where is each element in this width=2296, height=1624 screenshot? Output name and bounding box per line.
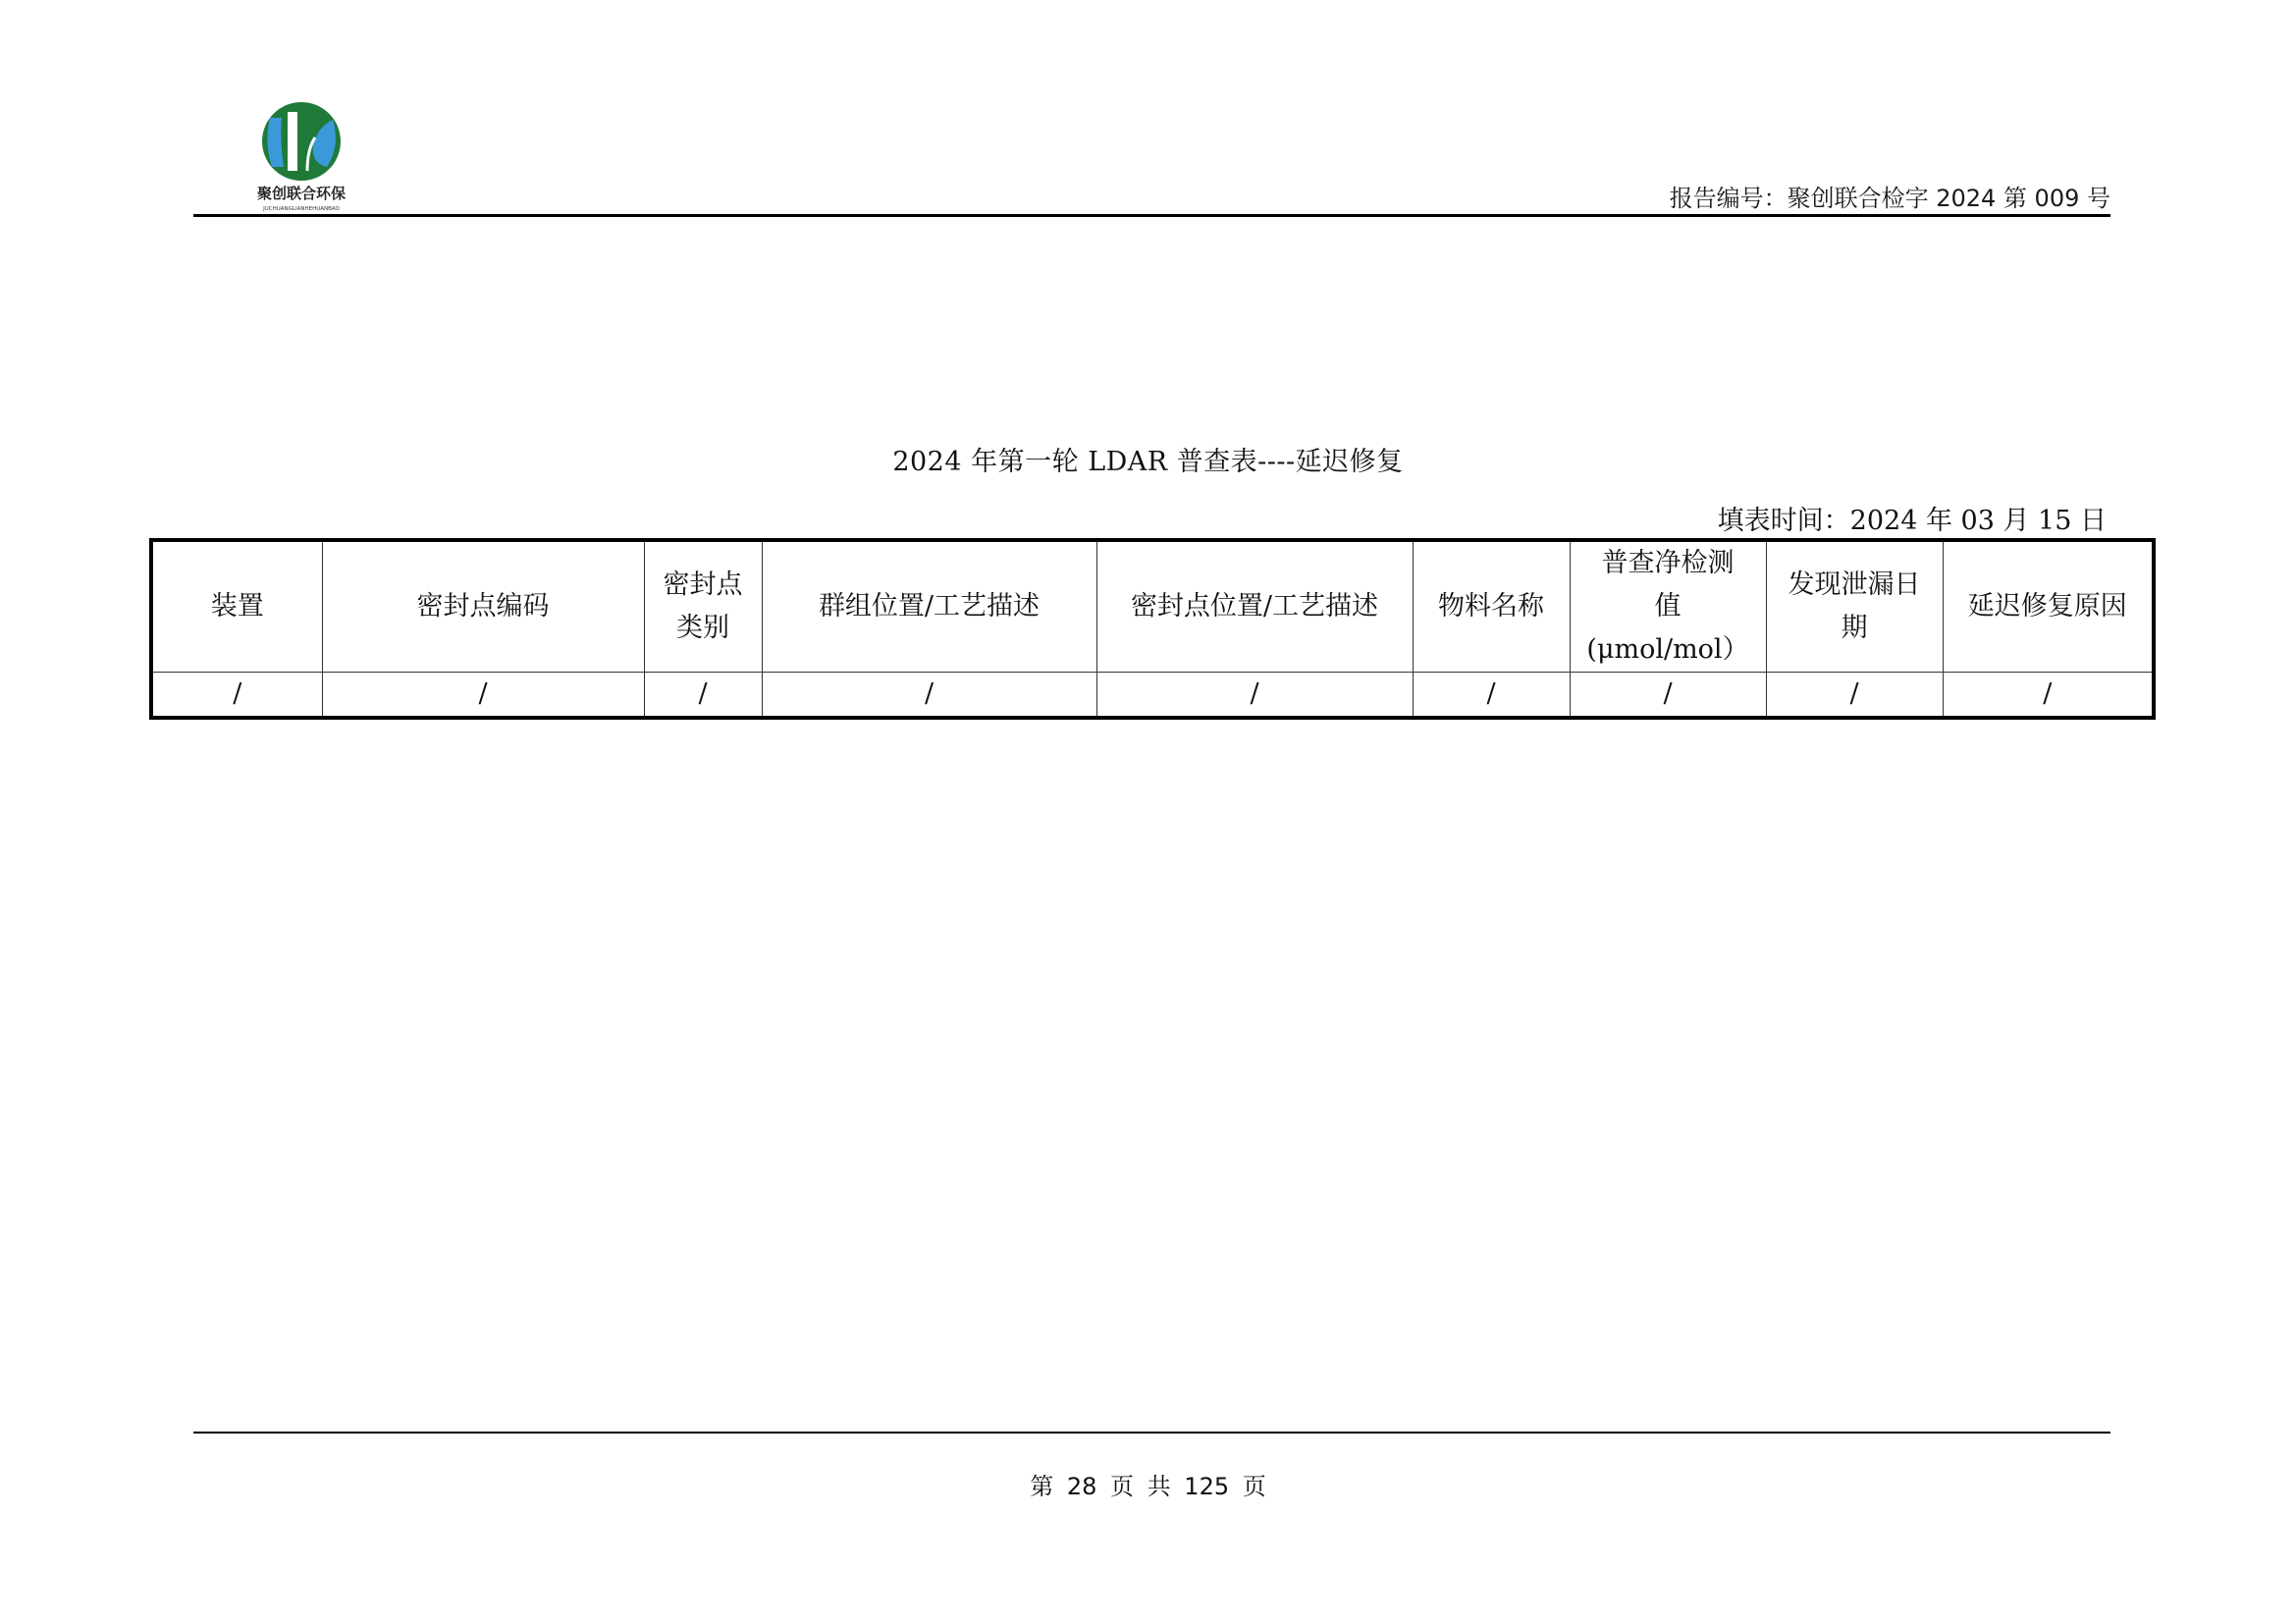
table-cell-seal-point-type: /: [644, 673, 762, 719]
column-header-line: 普查净检测: [1576, 542, 1760, 585]
table-header-row: 装置密封点编码密封点类别群组位置/工艺描述密封点位置/工艺描述物料名称普查净检测…: [151, 540, 2154, 673]
column-header-seal-point-location: 密封点位置/工艺描述: [1096, 540, 1413, 673]
column-header-leak-found-date: 发现泄漏日期: [1766, 540, 1943, 673]
table-cell-delay-reason: /: [1943, 673, 2154, 719]
footer-divider: [193, 1432, 2110, 1434]
column-header-line: 群组位置/工艺描述: [769, 585, 1091, 628]
table-cell-net-detection-value: /: [1570, 673, 1766, 719]
company-logo-icon: 聚创联合环保 JUCHUANGLIANHEHUANBAO: [242, 98, 360, 214]
column-header-seal-point-code: 密封点编码: [322, 540, 644, 673]
table-cell-group-location: /: [762, 673, 1096, 719]
column-header-line: 物料名称: [1419, 585, 1564, 628]
column-header-line: 值: [1576, 585, 1760, 628]
table-cell-device: /: [151, 673, 322, 719]
page-number: 第 28 页 共 125 页: [0, 1467, 2296, 1501]
ldar-survey-table: 装置密封点编码密封点类别群组位置/工艺描述密封点位置/工艺描述物料名称普查净检测…: [149, 538, 2156, 720]
column-header-delay-reason: 延迟修复原因: [1943, 540, 2154, 673]
column-header-line: 装置: [159, 585, 316, 628]
header-divider: [193, 214, 2110, 217]
table-cell-leak-found-date: /: [1766, 673, 1943, 719]
column-header-net-detection-value: 普查净检测值(μmol/mol）: [1570, 540, 1766, 673]
column-header-device: 装置: [151, 540, 322, 673]
column-header-seal-point-type: 密封点类别: [644, 540, 762, 673]
column-header-line: 发现泄漏日: [1773, 564, 1937, 607]
table-cell-seal-point-code: /: [322, 673, 644, 719]
column-header-line: 密封点编码: [329, 585, 638, 628]
column-header-line: 类别: [651, 607, 756, 650]
column-header-line: 延迟修复原因: [1949, 585, 2147, 628]
column-header-group-location: 群组位置/工艺描述: [762, 540, 1096, 673]
column-header-line: 密封点位置/工艺描述: [1103, 585, 1407, 628]
company-logo: 聚创联合环保 JUCHUANGLIANHEHUANBAO: [242, 98, 360, 214]
svg-text:聚创联合环保: 聚创联合环保: [257, 185, 346, 202]
table-cell-material-name: /: [1413, 673, 1570, 719]
document-title: 2024 年第一轮 LDAR 普查表----延迟修复: [0, 440, 2296, 478]
column-header-line: 密封点: [651, 564, 756, 607]
column-header-line: 期: [1773, 607, 1937, 650]
report-number: 报告编号：聚创联合检字 2024 第 009 号: [1670, 179, 2110, 213]
table-cell-seal-point-location: /: [1096, 673, 1413, 719]
svg-text:JUCHUANGLIANHEHUANBAO: JUCHUANGLIANHEHUANBAO: [262, 206, 340, 212]
table-body: /////////: [151, 673, 2154, 719]
fill-date: 填表时间：2024 年 03 月 15 日: [1718, 499, 2107, 537]
column-header-material-name: 物料名称: [1413, 540, 1570, 673]
column-header-line: (μmol/mol）: [1576, 628, 1760, 672]
table-row: /////////: [151, 673, 2154, 719]
